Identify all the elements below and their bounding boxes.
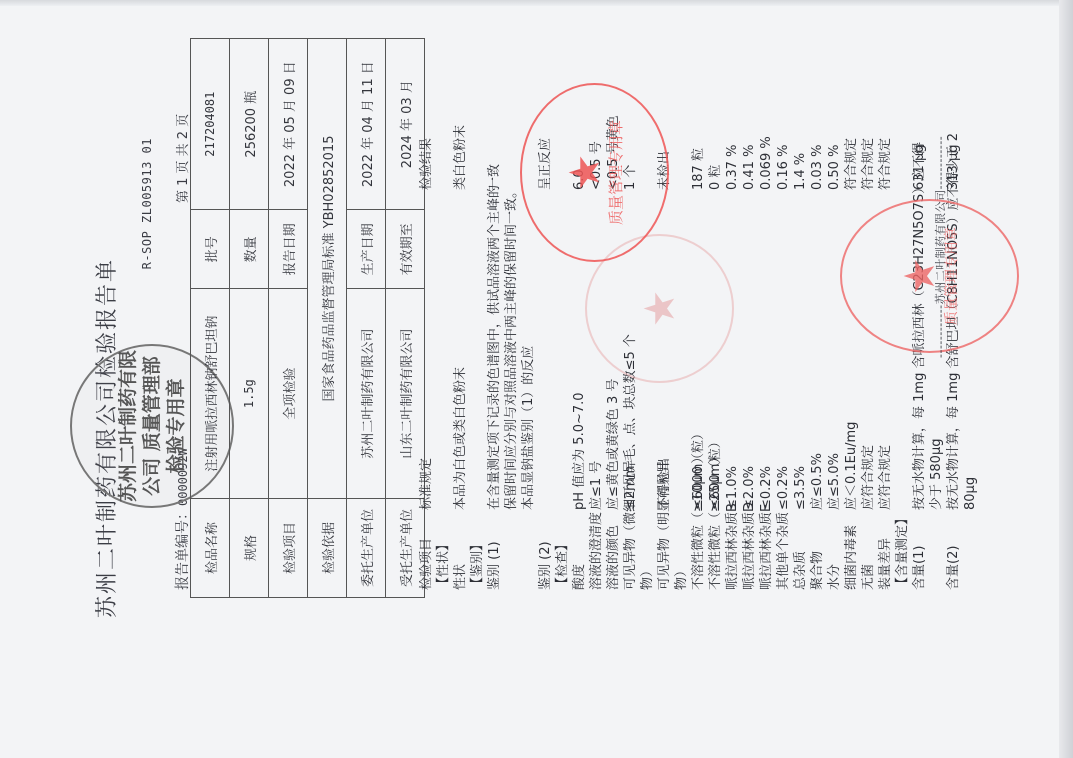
result-value: 符合规定 bbox=[877, 138, 894, 190]
result-value: 0.03 % bbox=[809, 145, 826, 190]
product-name-label: 检品名称 bbox=[191, 499, 230, 598]
result-standard: 少于 580μg bbox=[928, 439, 945, 510]
result-item: 物） bbox=[673, 564, 690, 590]
result-item: 哌拉西林杂质E bbox=[758, 504, 775, 590]
result-item: 哌拉西林杂质B bbox=[724, 503, 741, 590]
result-row: 保留时间应分别与对照品溶液中两主峰的保留时间一致。 bbox=[503, 30, 520, 590]
result-standard: ≤3.5% bbox=[792, 466, 809, 510]
result-value: 0.50 % bbox=[826, 145, 843, 190]
result-standard: 80μg bbox=[962, 477, 979, 510]
result-value: 符合规定 bbox=[843, 138, 860, 190]
header-standard: 标准规定 bbox=[418, 458, 435, 510]
result-value: 符合规定 bbox=[860, 138, 877, 190]
footer-company: ------------苏州二叶制药有限公司------------ bbox=[932, 136, 948, 358]
entrusted-value: 苏州二叶制药有限公司 bbox=[347, 289, 386, 499]
stamp-text: 苏州二叶制药有限公司 质量管理部 检验专用章 bbox=[116, 346, 188, 506]
table-row: 委托生产单位 苏州二叶制药有限公司 生产日期 2022 年 04 月 11 日 bbox=[347, 39, 386, 598]
report-date-value: 2022 年 05 月 09 日 bbox=[269, 39, 308, 210]
result-standard: 在含量测定项下记录的色谱图中，供试品溶液两个主峰的 bbox=[486, 185, 503, 510]
result-item: 【性状】 bbox=[435, 538, 452, 590]
result-standard: ≤0.2% bbox=[775, 466, 792, 510]
result-standard: 应＜0.1Eu/mg bbox=[843, 422, 860, 510]
result-value: 631 μg bbox=[911, 145, 928, 190]
result-standard: 应≤0.5% bbox=[809, 453, 826, 510]
header-result: 检验结果 bbox=[418, 138, 435, 190]
result-item: 其他单个杂质 bbox=[775, 512, 792, 590]
item-label: 检验项目 bbox=[269, 499, 308, 598]
result-item: 性状 bbox=[452, 564, 469, 590]
result-item: 哌拉西林杂质D bbox=[741, 502, 758, 590]
result-row: 总杂质≤3.5%1.4 % bbox=[792, 30, 809, 590]
page-info: 第 1 页 共 2 页 bbox=[172, 114, 191, 203]
result-item: 无菌 bbox=[860, 564, 877, 590]
result-item: 水分 bbox=[826, 564, 843, 590]
result-row: 哌拉西林杂质E≤0.2%0.069 % bbox=[758, 30, 775, 590]
mfg-date-value: 2022 年 04 月 11 日 bbox=[347, 39, 386, 210]
result-item: 【检查】 bbox=[554, 538, 571, 590]
result-standard: 应≤黄色或黄绿色 3 号 bbox=[605, 379, 622, 510]
result-row: 其他单个杂质≤0.2%0.16 % bbox=[775, 30, 792, 590]
report-date-label: 报告日期 bbox=[269, 210, 308, 289]
result-standard: 应≤5.0% bbox=[826, 453, 843, 510]
report-page: 苏州二叶制药有限公司检验报告单 R-SOP ZL005913 01 报告单编号：… bbox=[0, 0, 1073, 758]
result-value: 0.069 % bbox=[758, 136, 775, 190]
header-item: 检验项目 bbox=[418, 538, 435, 590]
result-row: 性状本品为白色或类白色粉末类白色粉末 bbox=[452, 30, 469, 590]
result-standard: ≤6000（粒） bbox=[690, 427, 707, 510]
result-item: 溶液的颜色 bbox=[605, 525, 622, 590]
result-standard: 不得检出 bbox=[656, 458, 673, 510]
result-item: 含量(2) bbox=[945, 546, 962, 590]
entrusted-label: 委托生产单位 bbox=[347, 499, 386, 598]
result-value: 0 粒 bbox=[707, 165, 724, 190]
result-row: 【性状】 bbox=[435, 30, 452, 590]
product-name: 注射用哌拉西林钠舒巴坦钠 bbox=[191, 289, 230, 499]
spec-value: 1.5g bbox=[230, 289, 269, 499]
result-row: 鉴别 (1)在含量测定项下记录的色谱图中，供试品溶液两个主峰的一致 bbox=[486, 30, 503, 590]
stamp-text: 质量管理专用章 bbox=[606, 120, 626, 225]
result-item: 溶液的澄清度 bbox=[588, 512, 605, 590]
result-item: 鉴别 (2) bbox=[537, 541, 554, 590]
table-row: 检验项目 全项检验 报告日期 2022 年 05 月 09 日 bbox=[269, 39, 308, 598]
table-row: 检验依据 国家食品药品监督管理局标准 YBH02852015 bbox=[308, 39, 347, 598]
result-standard: 应≤1 号 bbox=[588, 461, 605, 510]
result-standard: 本品显钠盐鉴别（1）的反应 bbox=[520, 346, 537, 510]
star-icon: ★ bbox=[564, 120, 606, 225]
result-standard: 保留时间应分别与对照品溶液中两主峰的保留时间一致。 bbox=[503, 185, 520, 510]
table-row: 规格 1.5g 数量 256200 瓶 bbox=[230, 39, 269, 598]
reference-code: R-SOP ZL005913 01 bbox=[140, 138, 154, 269]
result-row: 本品显钠盐鉴别（1）的反应 bbox=[520, 30, 537, 590]
result-value: 0.41 % bbox=[741, 145, 758, 190]
result-item: 鉴别 (1) bbox=[486, 541, 503, 590]
result-item: 细菌内毒素 bbox=[843, 525, 860, 590]
result-value: 187 粒 bbox=[690, 148, 707, 190]
result-item: 含量(1) bbox=[911, 546, 928, 590]
results-header: 检验项目 标准规定 检验结果 bbox=[418, 30, 435, 590]
result-row: 聚合物应≤0.5%0.03 % bbox=[809, 30, 826, 590]
basis-label: 检验依据 bbox=[308, 499, 347, 598]
result-standard: 应符合规定 bbox=[877, 445, 894, 510]
result-item: 【含量测定】 bbox=[894, 512, 911, 590]
table-row: 检品名称 注射用哌拉西林钠舒巴坦钠 批号 217204081 bbox=[191, 39, 230, 598]
spec-label: 规格 bbox=[230, 499, 269, 598]
result-standard: pH 值应为 5.0~7.0 bbox=[571, 392, 588, 510]
red-stamp-quality: ★质量管理专用章 bbox=[520, 83, 669, 262]
result-value: 一致 bbox=[486, 164, 503, 190]
result-value: 0.16 % bbox=[775, 145, 792, 190]
red-stamp-quality-2: ★质量管理专用章 bbox=[840, 199, 1019, 353]
mfg-date-label: 生产日期 bbox=[347, 210, 386, 289]
star-icon: ★ bbox=[639, 290, 681, 328]
result-standard: 应符合规定 bbox=[860, 445, 877, 510]
report-number-label: 报告单编号： bbox=[175, 506, 191, 590]
quantity-label: 数量 bbox=[230, 210, 269, 289]
result-item: 装量差异 bbox=[877, 538, 894, 590]
result-item: 【鉴别】 bbox=[469, 538, 486, 590]
result-item: 物） bbox=[639, 564, 656, 590]
batch-label: 批号 bbox=[191, 210, 230, 289]
quantity-value: 256200 瓶 bbox=[230, 39, 269, 210]
result-standard: ≤2.0% bbox=[741, 466, 758, 510]
item-value: 全项检验 bbox=[269, 289, 308, 499]
result-row: 哌拉西林杂质D≤2.0%0.41 % bbox=[741, 30, 758, 590]
basis-value: 国家食品药品监督管理局标准 YBH02852015 bbox=[308, 39, 347, 499]
result-standard: ≤0.2% bbox=[758, 466, 775, 510]
result-value: 1.4 % bbox=[792, 153, 809, 190]
result-row: 水分应≤5.0%0.50 % bbox=[826, 30, 843, 590]
result-item: 总杂质 bbox=[792, 551, 809, 590]
result-standard: ≤1.0% bbox=[724, 466, 741, 510]
result-standard: 本品为白色或类白色粉末 bbox=[452, 367, 469, 510]
result-standard: ≤600（粒） bbox=[707, 435, 724, 510]
result-row: 【鉴别】 bbox=[469, 30, 486, 590]
product-info-table: 检品名称 注射用哌拉西林钠舒巴坦钠 批号 217204081 规格 1.5g 数… bbox=[190, 38, 425, 598]
batch-value: 217204081 bbox=[191, 39, 230, 210]
result-item: 聚合物 bbox=[809, 551, 826, 590]
result-value: 0.37 % bbox=[724, 145, 741, 190]
result-value: 类白色粉末 bbox=[452, 125, 469, 190]
result-item: 酸度 bbox=[571, 564, 588, 590]
